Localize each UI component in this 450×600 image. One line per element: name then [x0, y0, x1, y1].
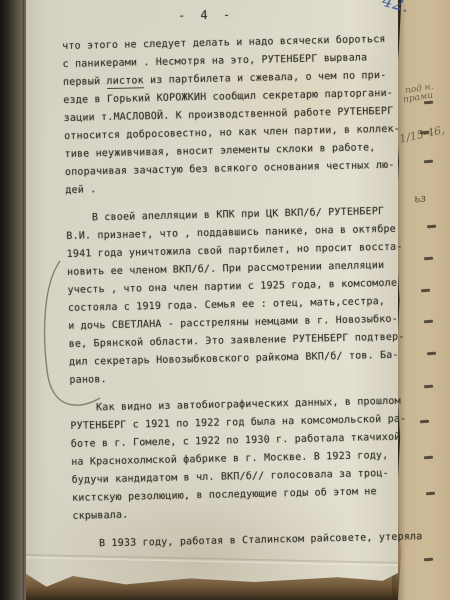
paragraph-4: В 1933 году, работая в Сталинском райсов… [73, 528, 413, 553]
typed-line: В 1933 году, работая в Сталинском райсов… [73, 528, 413, 553]
paragraph-3: Как видно из автобиографических данных, … [70, 392, 413, 525]
line-part: первый [63, 76, 107, 88]
underlined-word: листок [106, 75, 144, 89]
photo-of-document: - 4 - что этого не следует делать и надо… [0, 0, 450, 600]
line-part: из партбилета и сжевала, о чем по при- [144, 70, 387, 86]
paragraph-2: В своей апелляции в КПК при ЦК ВКП/б/ РУ… [66, 203, 410, 390]
typed-text-block: что этого не следует делать и надо всяче… [62, 31, 413, 564]
page-number: - 4 - [178, 8, 234, 23]
handwritten-squiggle: ьз [413, 192, 426, 206]
binding-edge [0, 0, 26, 600]
paragraph-1: что этого не следует делать и надо всяче… [62, 31, 405, 200]
pencil-bracket-mark [38, 258, 108, 413]
